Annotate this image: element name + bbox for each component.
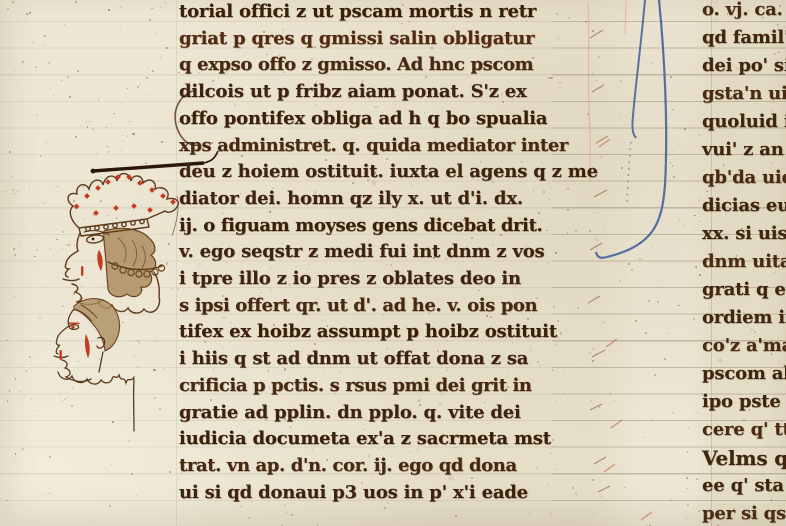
text-line: q expso offo z gmisso. Ad hnc pscom [179,52,600,79]
text-line: ij. o figuam moyses gens dicebat drit. [179,213,600,240]
text-line: iudicia documeta ex'a z sacrmeta mst [179,426,600,453]
manuscript-page-photo: torial offici z ut pscam mortis n retr g… [0,0,786,526]
text-line: Velms q [702,444,786,472]
text-line: torial offici z ut pscam mortis n retr [179,0,600,26]
text-line: quoluid il [702,108,786,136]
text-line: per si qs [702,500,786,526]
text-line: co'z a'ma [702,332,786,360]
text-line: xps administret. q. quida mediator inter [179,133,600,160]
text-line: ui si qd donaui p3 uos in p' x'i eade [179,480,600,507]
text-line: dnm uita [702,248,786,276]
right-text-column: o. vj. ca. e qd famil'a dei po' si gsta'… [702,0,786,526]
text-line: trat. vn ap. d'n. cor. ij. ego qd dona [179,453,600,480]
text-line: ee q' sta [702,472,786,500]
text-line: pscom ab [702,360,786,388]
text-line: tifex ex hoibz assumpt p hoibz ostituit [179,319,600,346]
text-line: gratie ad pplin. dn pplo. q. vite dei [179,400,600,427]
text-line: grati q e [702,276,786,304]
text-line: dei po' si [702,52,786,80]
text-line: offo pontifex obliga ad h q bo spualia [179,106,600,133]
text-line: o. vj. ca. e [702,0,786,24]
text-line: dilcois ut p fribz aiam ponat. S'z ex [179,79,600,106]
text-line: ordiem in [702,304,786,332]
text-line: qb'da uid [702,164,786,192]
text-line: vui' z an [702,136,786,164]
text-line: crificia p pctis. s rsus pmi dei grit in [179,373,600,400]
text-line: i hiis q st ad dnm ut offat dona z sa [179,346,600,373]
text-line: xx. si uis [702,220,786,248]
text-line: i tpre illo z io pres z oblates deo in [179,266,600,293]
text-line: deu z hoiem ostituit. iuxta el agens q z… [179,159,600,186]
text-line: griat p qres q gmissi salin obligatur [179,26,600,53]
text-line: cere q' tt [702,416,786,444]
main-text-column: torial offici z ut pscam mortis n retr g… [179,0,600,506]
text-line: gsta'n uite [702,80,786,108]
text-line: ipo pste [702,388,786,416]
text-line: dicias eu [702,192,786,220]
text-line: s ipsi offert qr. ut d'. ad he. v. ois p… [179,293,600,320]
text-line: diator dei. homn qz ily x. ut d'i. dx. [179,186,600,213]
text-line: v. ego seqstr z medi fui int dnm z vos [179,239,600,266]
text-line: qd famil'a [702,24,786,52]
